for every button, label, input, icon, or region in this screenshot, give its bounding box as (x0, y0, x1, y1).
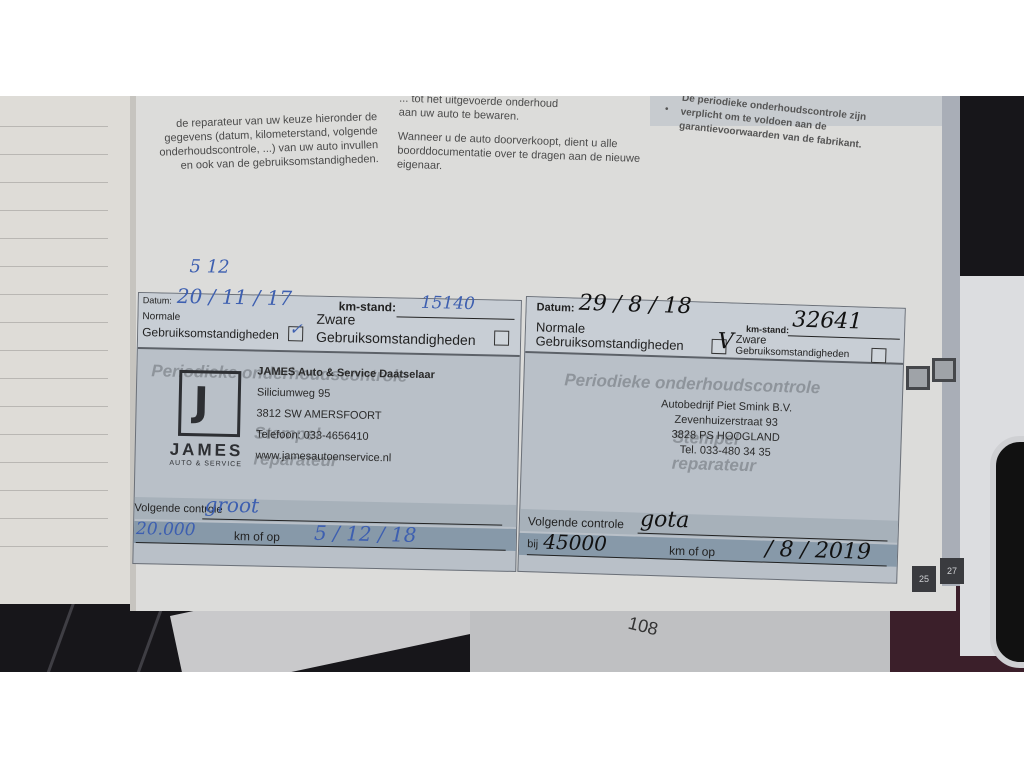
service-entry-1: Datum: 20 / 11 / 17 5 12 km-stand: 15140… (132, 292, 522, 572)
zware-checkbox[interactable] (871, 348, 886, 363)
entry-header: Datum: 20 / 11 / 17 5 12 km-stand: 15140… (138, 293, 521, 357)
datum-value: 20 / 11 / 17 (177, 284, 293, 310)
datum-value: 29 / 8 / 18 (578, 291, 692, 320)
square-marker-icon (932, 358, 956, 382)
datum-label: Datum: (143, 295, 172, 306)
km-of-op-label: km of op (234, 529, 280, 544)
stamp-website: www.jamesautoenservice.nl (255, 446, 433, 471)
datum-volgende-value: / 8 / 2019 (765, 537, 872, 565)
page-number-tab: 27 (940, 558, 964, 584)
gebruiks-label: Gebruiksomstandigheden (142, 325, 279, 342)
entry-header: Datum: 29 / 8 / 18 km-stand: 32641 Norma… (525, 297, 905, 365)
km-underline (397, 316, 515, 319)
datum-volgende-value: 5 / 12 / 18 (314, 521, 417, 547)
stamp-workshop-1: JAMES Auto & Service Daatselaar Silicium… (255, 362, 435, 471)
background-object (990, 436, 1024, 668)
zware-checkbox[interactable] (494, 330, 509, 345)
stamp-workshop-2: Autobedrijf Piet Smink B.V. Zevenhuizers… (640, 397, 812, 462)
km-stand-value: 32641 (792, 307, 863, 334)
left-page-lined (0, 96, 140, 604)
bullet: • (665, 104, 669, 115)
gebruiks-label: Gebruiksomstandigheden (535, 333, 684, 353)
datum-label: Datum: (536, 301, 574, 314)
km-stand-value: 15140 (421, 293, 476, 314)
intro-text-middle: ... tot het uitgevoerde onderhoud aan uw… (397, 96, 655, 180)
page-edge (942, 96, 960, 586)
volgende-value: gota (640, 507, 690, 534)
intro-text-left: de reparateur van uw keuze hieronder de … (149, 110, 379, 174)
volgende-value: groot (204, 492, 259, 517)
km-underline (788, 335, 900, 340)
zware-label: Zware (316, 311, 355, 328)
normale-label: Normale (142, 311, 180, 323)
logo-letter: J (193, 379, 209, 425)
bij-km-value: 45000 (543, 530, 607, 556)
km-of-op-label: km of op (669, 544, 715, 559)
underlying-paper (470, 611, 890, 672)
zware-gebruiks-label: Gebruiksomstandigheden (735, 346, 849, 361)
logo-subtitle: AUTO & SERVICE (169, 460, 242, 469)
square-marker-icon (906, 366, 930, 390)
intro-paragraph: Wanneer u de auto doorverkoopt, dient u … (397, 130, 653, 181)
service-entry-2: Datum: 29 / 8 / 18 km-stand: 32641 Norma… (517, 296, 905, 584)
bij-km-value: 20.000 (136, 519, 196, 540)
bij-label: bij (527, 538, 538, 550)
datum-correction: 5 12 (189, 256, 230, 278)
normale-checkbox[interactable]: ✓ (288, 326, 303, 341)
fabric-stripe (46, 598, 76, 672)
watermark-title: Periodieke onderhoudscontrole (564, 370, 821, 398)
james-logo-icon: J (178, 370, 241, 437)
zware-gebruiks-label: Gebruiksomstandigheden (316, 329, 476, 348)
photo: 108 de reparateur van uw keuze hieronder… (0, 96, 1024, 672)
zware-check-mark: V (717, 329, 734, 354)
logo-name: JAMES (169, 440, 243, 462)
zware-label: Zware (736, 334, 767, 347)
page-number-tab: 25 (912, 566, 936, 592)
volgende-label: Volgende controle (528, 514, 624, 531)
